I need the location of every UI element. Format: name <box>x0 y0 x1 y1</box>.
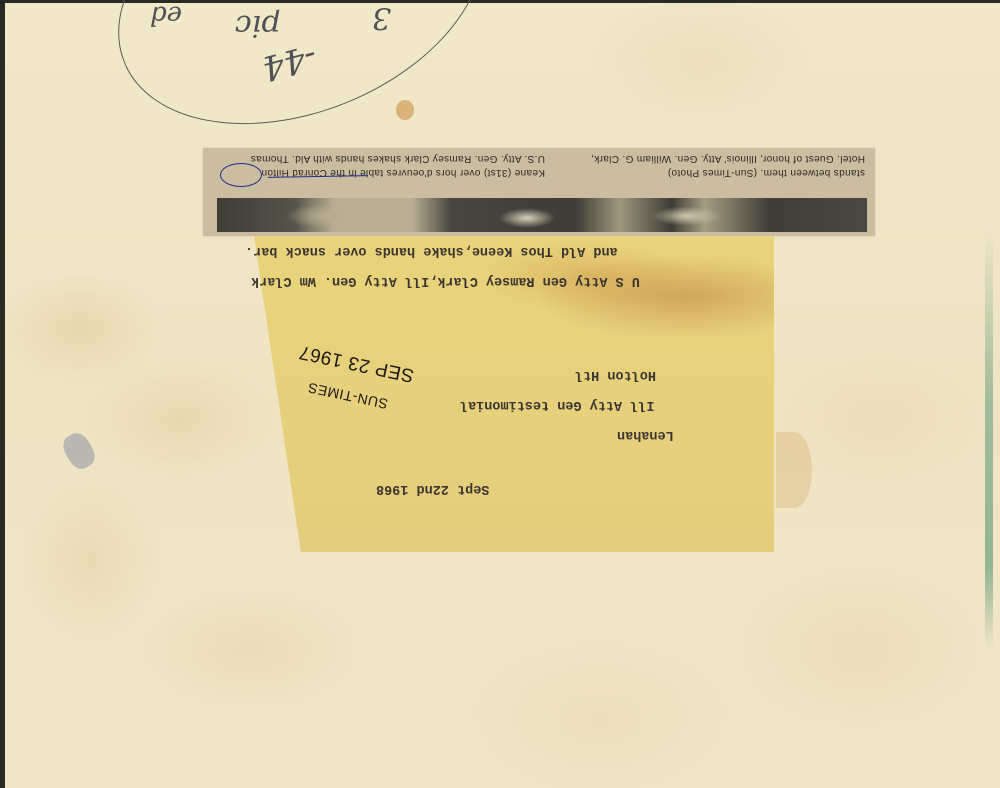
rust-spot <box>396 100 414 120</box>
typed-line: and Ald Thos Keene,shake hands over snac… <box>245 243 618 258</box>
newspaper-clipping: U.S. Atty. Gen. Ramsey Clark shakes hand… <box>203 148 875 236</box>
handwritten-note: pic <box>235 8 281 43</box>
clipping-caption: U.S. Atty. Gen. Ramsey Clark shakes hand… <box>203 148 875 196</box>
caption-line: U.S. Atty. Gen. Ramsey Clark shakes hand… <box>251 153 546 164</box>
caption-line: Hotel. Guest of honor, Illinois' Atty. G… <box>591 153 865 164</box>
typed-line: Holton Htl <box>575 367 656 382</box>
photo-edge-left <box>0 0 5 788</box>
caption-line: stands between them. (Sun-Times Photo) <box>668 167 865 178</box>
typed-line: Lenahan <box>617 427 674 442</box>
typed-line: Ill Atty Gen testimonial <box>460 397 654 412</box>
handwritten-note: ed <box>150 0 182 30</box>
ink-circle-mark <box>220 163 262 187</box>
clipping-photo <box>217 198 867 232</box>
typed-line: U S Atty Gen Ramsey Clark,Ill Atty Gen. … <box>251 273 640 288</box>
typed-line: Sept 22nd 1968 <box>376 481 489 496</box>
glue-stain <box>776 432 812 508</box>
green-stain <box>985 230 993 650</box>
handwritten-note: 3 <box>372 0 391 35</box>
